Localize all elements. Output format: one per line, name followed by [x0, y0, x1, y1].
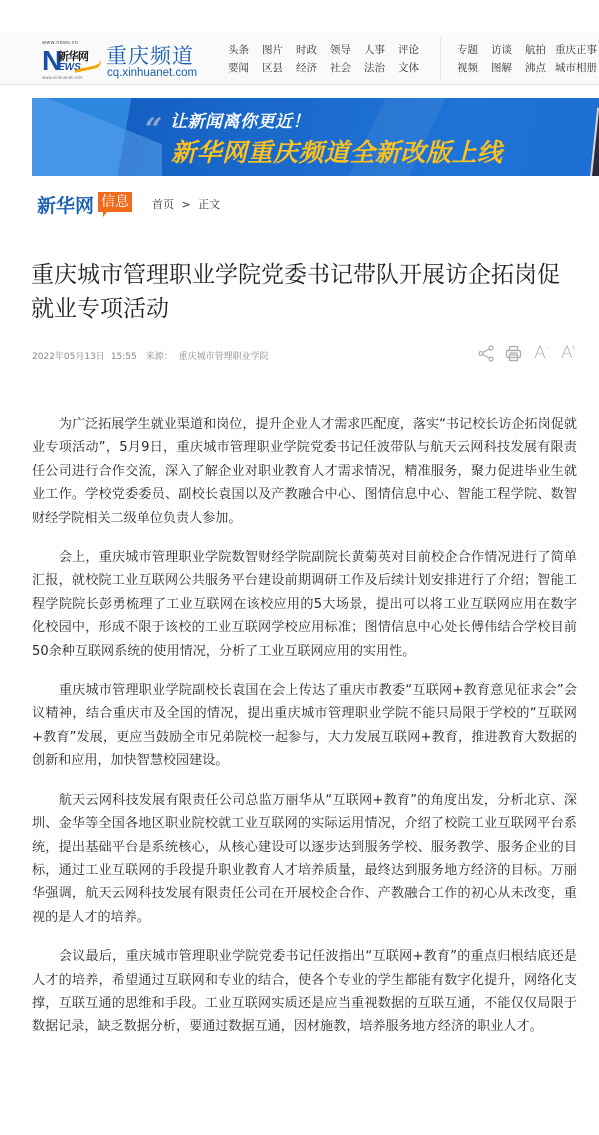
article-tools: A- A+: [477, 343, 576, 363]
plus-sign: +: [570, 343, 577, 352]
print-icon: [505, 345, 522, 362]
nav-link-feidian[interactable]: 沸点: [525, 61, 555, 75]
secondary-nav: 专题 访谈 航拍 重庆正事 视频 图解 沸点 城市相册: [457, 43, 599, 75]
site-header: www.news.cn N 新华网 EWS www.xinhuanet.com …: [0, 33, 599, 85]
nav-link-tujie[interactable]: 图解: [491, 61, 525, 75]
banner-decor: [32, 98, 162, 176]
promo-banner[interactable]: “ 让新闻离你更近！ 新华网重庆频道全新改版上线: [32, 98, 599, 176]
banner-slogan: 让新闻离你更近！: [170, 107, 310, 132]
article-paragraph: 为广泛拓展学生就业渠道和岗位，提升企业人才需求匹配度，落实“书记校长访企拓岗促就…: [32, 413, 577, 530]
article-body: 为广泛拓展学生就业渠道和岗位，提升企业人才需求匹配度，落实“书记校长访企拓岗促就…: [32, 413, 577, 1055]
quote-icon: “: [145, 112, 162, 147]
breadcrumb: 首页 > 正文: [152, 196, 220, 212]
print-button[interactable]: [504, 343, 522, 363]
nav-link-renshi[interactable]: 人事: [364, 43, 398, 57]
article-meta: 2022年05月13日15:55 来源：重庆城市管理职业学院: [32, 349, 275, 362]
font-increase-button[interactable]: A+: [558, 343, 576, 363]
nav-link-zhuanti[interactable]: 专题: [457, 43, 491, 57]
article-paragraph: 会议最后，重庆城市管理职业学院党委书记任波指出“互联网+教育”的重点归根结底还是…: [32, 945, 577, 1039]
article-time: 15:55: [111, 352, 137, 362]
banner-headline: 新华网重庆频道全新改版上线: [171, 133, 503, 169]
article-paragraph: 会上，重庆城市管理职业学院数智财经学院副院长黄菊英对目前校企合作情况进行了简单汇…: [32, 546, 577, 663]
nav-link-jingji[interactable]: 经济: [296, 61, 330, 75]
nav-link-shehui[interactable]: 社会: [330, 61, 364, 75]
nav-link-quxian[interactable]: 区县: [262, 61, 296, 75]
nav-link-wenti[interactable]: 文体: [398, 61, 432, 75]
nav-link-shizheng[interactable]: 时政: [296, 43, 330, 57]
article-date: 2022年05月13日: [32, 352, 105, 362]
nav-link-lingdao[interactable]: 领导: [330, 43, 364, 57]
nav-divider: [440, 37, 441, 81]
nav-link-toutiao[interactable]: 头条: [228, 43, 262, 57]
breadcrumb-home[interactable]: 首页: [152, 198, 174, 211]
nav-link-fazhi[interactable]: 法治: [364, 61, 398, 75]
source-label: 来源：: [146, 352, 173, 362]
xinhua-logo[interactable]: www.news.cn N 新华网 EWS www.xinhuanet.com: [40, 40, 102, 80]
channel-url[interactable]: cq.xinhuanet.com: [107, 67, 197, 79]
font-decrease-button[interactable]: A-: [531, 343, 549, 363]
breadcrumb-separator: >: [182, 198, 191, 211]
nav-link-tupian[interactable]: 图片: [262, 43, 296, 57]
brand-tag: 信息: [98, 192, 132, 212]
nav-link-xiangce[interactable]: 城市相册: [555, 61, 599, 75]
nav-link-zhengshi[interactable]: 重庆正事: [555, 43, 599, 57]
nav-link-yaowen[interactable]: 要闻: [228, 61, 262, 75]
nav-link-shipin[interactable]: 视频: [457, 61, 491, 75]
article-paragraph: 重庆城市管理职业学院副校长袁国在会上传达了重庆市教委“互联网+教育意见征求会”会…: [32, 679, 577, 773]
nav-link-hangpai[interactable]: 航拍: [525, 43, 555, 57]
nav-link-pinglun[interactable]: 评论: [398, 43, 432, 57]
phone-device-image: [589, 108, 599, 176]
minus-sign: -: [547, 343, 550, 352]
article-paragraph: 航天云网科技发展有限责任公司总监万丽华从“互联网+教育”的角度出发，分析北京、深…: [32, 789, 577, 929]
brand-name: 新华网: [37, 191, 94, 218]
share-icon: [478, 345, 495, 362]
share-button[interactable]: [477, 343, 495, 363]
font-decrease-icon: A: [534, 343, 546, 363]
primary-nav: 头条 图片 时政 领导 人事 评论 要闻 区县 经济 社会 法治 文体: [228, 43, 432, 75]
nav-link-fangtan[interactable]: 访谈: [491, 43, 525, 57]
channel-title[interactable]: 重庆频道: [106, 40, 194, 70]
breadcrumb-current: 正文: [198, 198, 220, 211]
logo-small-text: www.xinhuanet.com: [42, 75, 83, 80]
article-title: 重庆城市管理职业学院党委书记带队开展访企拓岗促就业专项活动: [31, 258, 576, 326]
article-source: 重庆城市管理职业学院: [179, 352, 269, 362]
